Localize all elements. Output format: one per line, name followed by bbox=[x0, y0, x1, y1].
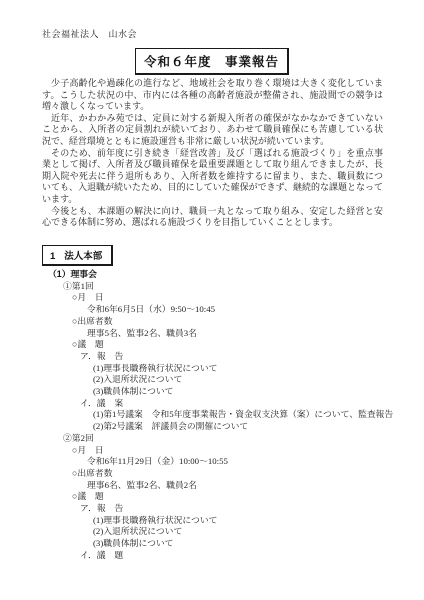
outline-line: ①第1回 bbox=[42, 281, 387, 293]
outline-line: イ．議 題 bbox=[42, 550, 387, 562]
outline-line: (1)理事長職務執行状況について bbox=[42, 363, 387, 375]
outline-line: (3)職員体制について bbox=[42, 538, 387, 550]
intro-paragraph: 今後とも、本課題の解決に向け、職員一丸となって取り組み、安定した経営と安心できる… bbox=[42, 206, 383, 229]
outline-line: 理事5名、監事2名、職員3名 bbox=[42, 328, 387, 340]
outline-line: ○議 題 bbox=[42, 339, 387, 351]
title-row: 令和６年度 事業報告 bbox=[0, 48, 424, 75]
outline-line: 令和6年11月29日（金）10:00～10:55 bbox=[42, 456, 387, 468]
intro-paragraph: そのため、前年度に引き続き「経営改善」及び「選ばれる施設づくり」を重点事業として… bbox=[42, 148, 383, 206]
outline-line: ○議 題 bbox=[42, 491, 387, 503]
outline-line: ②第2回 bbox=[42, 433, 387, 445]
outline-line: ○出席者数 bbox=[42, 316, 387, 328]
outline-line: ア．報 告 bbox=[42, 503, 387, 515]
corporation-name: 社会福祉法人 山水会 bbox=[42, 27, 137, 40]
outline-line: ア．報 告 bbox=[42, 351, 387, 363]
intro-paragraphs: 少子高齢化や過疎化の進行など、地域社会を取り巻く環境は大きく変化しています。こう… bbox=[42, 78, 383, 229]
outline-line: （1）理事会 bbox=[42, 269, 387, 281]
section-heading: 1法人本部 bbox=[42, 245, 113, 266]
outline-line: (2)入退所状況について bbox=[42, 526, 387, 538]
outline-line: ○月 日 bbox=[42, 445, 387, 457]
document-page: 社会福祉法人 山水会 令和６年度 事業報告 少子高齢化や過疎化の進行など、地域社… bbox=[0, 0, 424, 600]
intro-paragraph: 近年、かわかみ苑では、定員に対する新規入所者の確保がなかなかできていないことから… bbox=[42, 113, 383, 148]
section-outline: （1）理事会①第1回○月 日令和6年6月5日（水）9:50～10:45○出席者数… bbox=[42, 269, 387, 562]
section-title: 法人本部 bbox=[64, 251, 102, 262]
outline-line: 理事6名、監事2名、職員2名 bbox=[42, 480, 387, 492]
section-number: 1 bbox=[50, 251, 55, 262]
outline-line: (2)入退所状況について bbox=[42, 374, 387, 386]
outline-line: ○月 日 bbox=[42, 292, 387, 304]
outline-line: (3)職員体制について bbox=[42, 386, 387, 398]
outline-line: イ．議 案 bbox=[42, 398, 387, 410]
outline-line: ○出席者数 bbox=[42, 468, 387, 480]
outline-line: (1)第1号議案 令和5年度事業報告・資金収支決算（案）について、監査報告 bbox=[42, 409, 387, 421]
report-title: 令和６年度 事業報告 bbox=[135, 48, 289, 75]
outline-line: (1)理事長職務執行状況について bbox=[42, 515, 387, 527]
outline-line: 令和6年6月5日（水）9:50～10:45 bbox=[42, 304, 387, 316]
intro-paragraph: 少子高齢化や過疎化の進行など、地域社会を取り巻く環境は大きく変化しています。こう… bbox=[42, 78, 383, 113]
outline-line: (2)第2号議案 評議員会の開催について bbox=[42, 421, 387, 433]
